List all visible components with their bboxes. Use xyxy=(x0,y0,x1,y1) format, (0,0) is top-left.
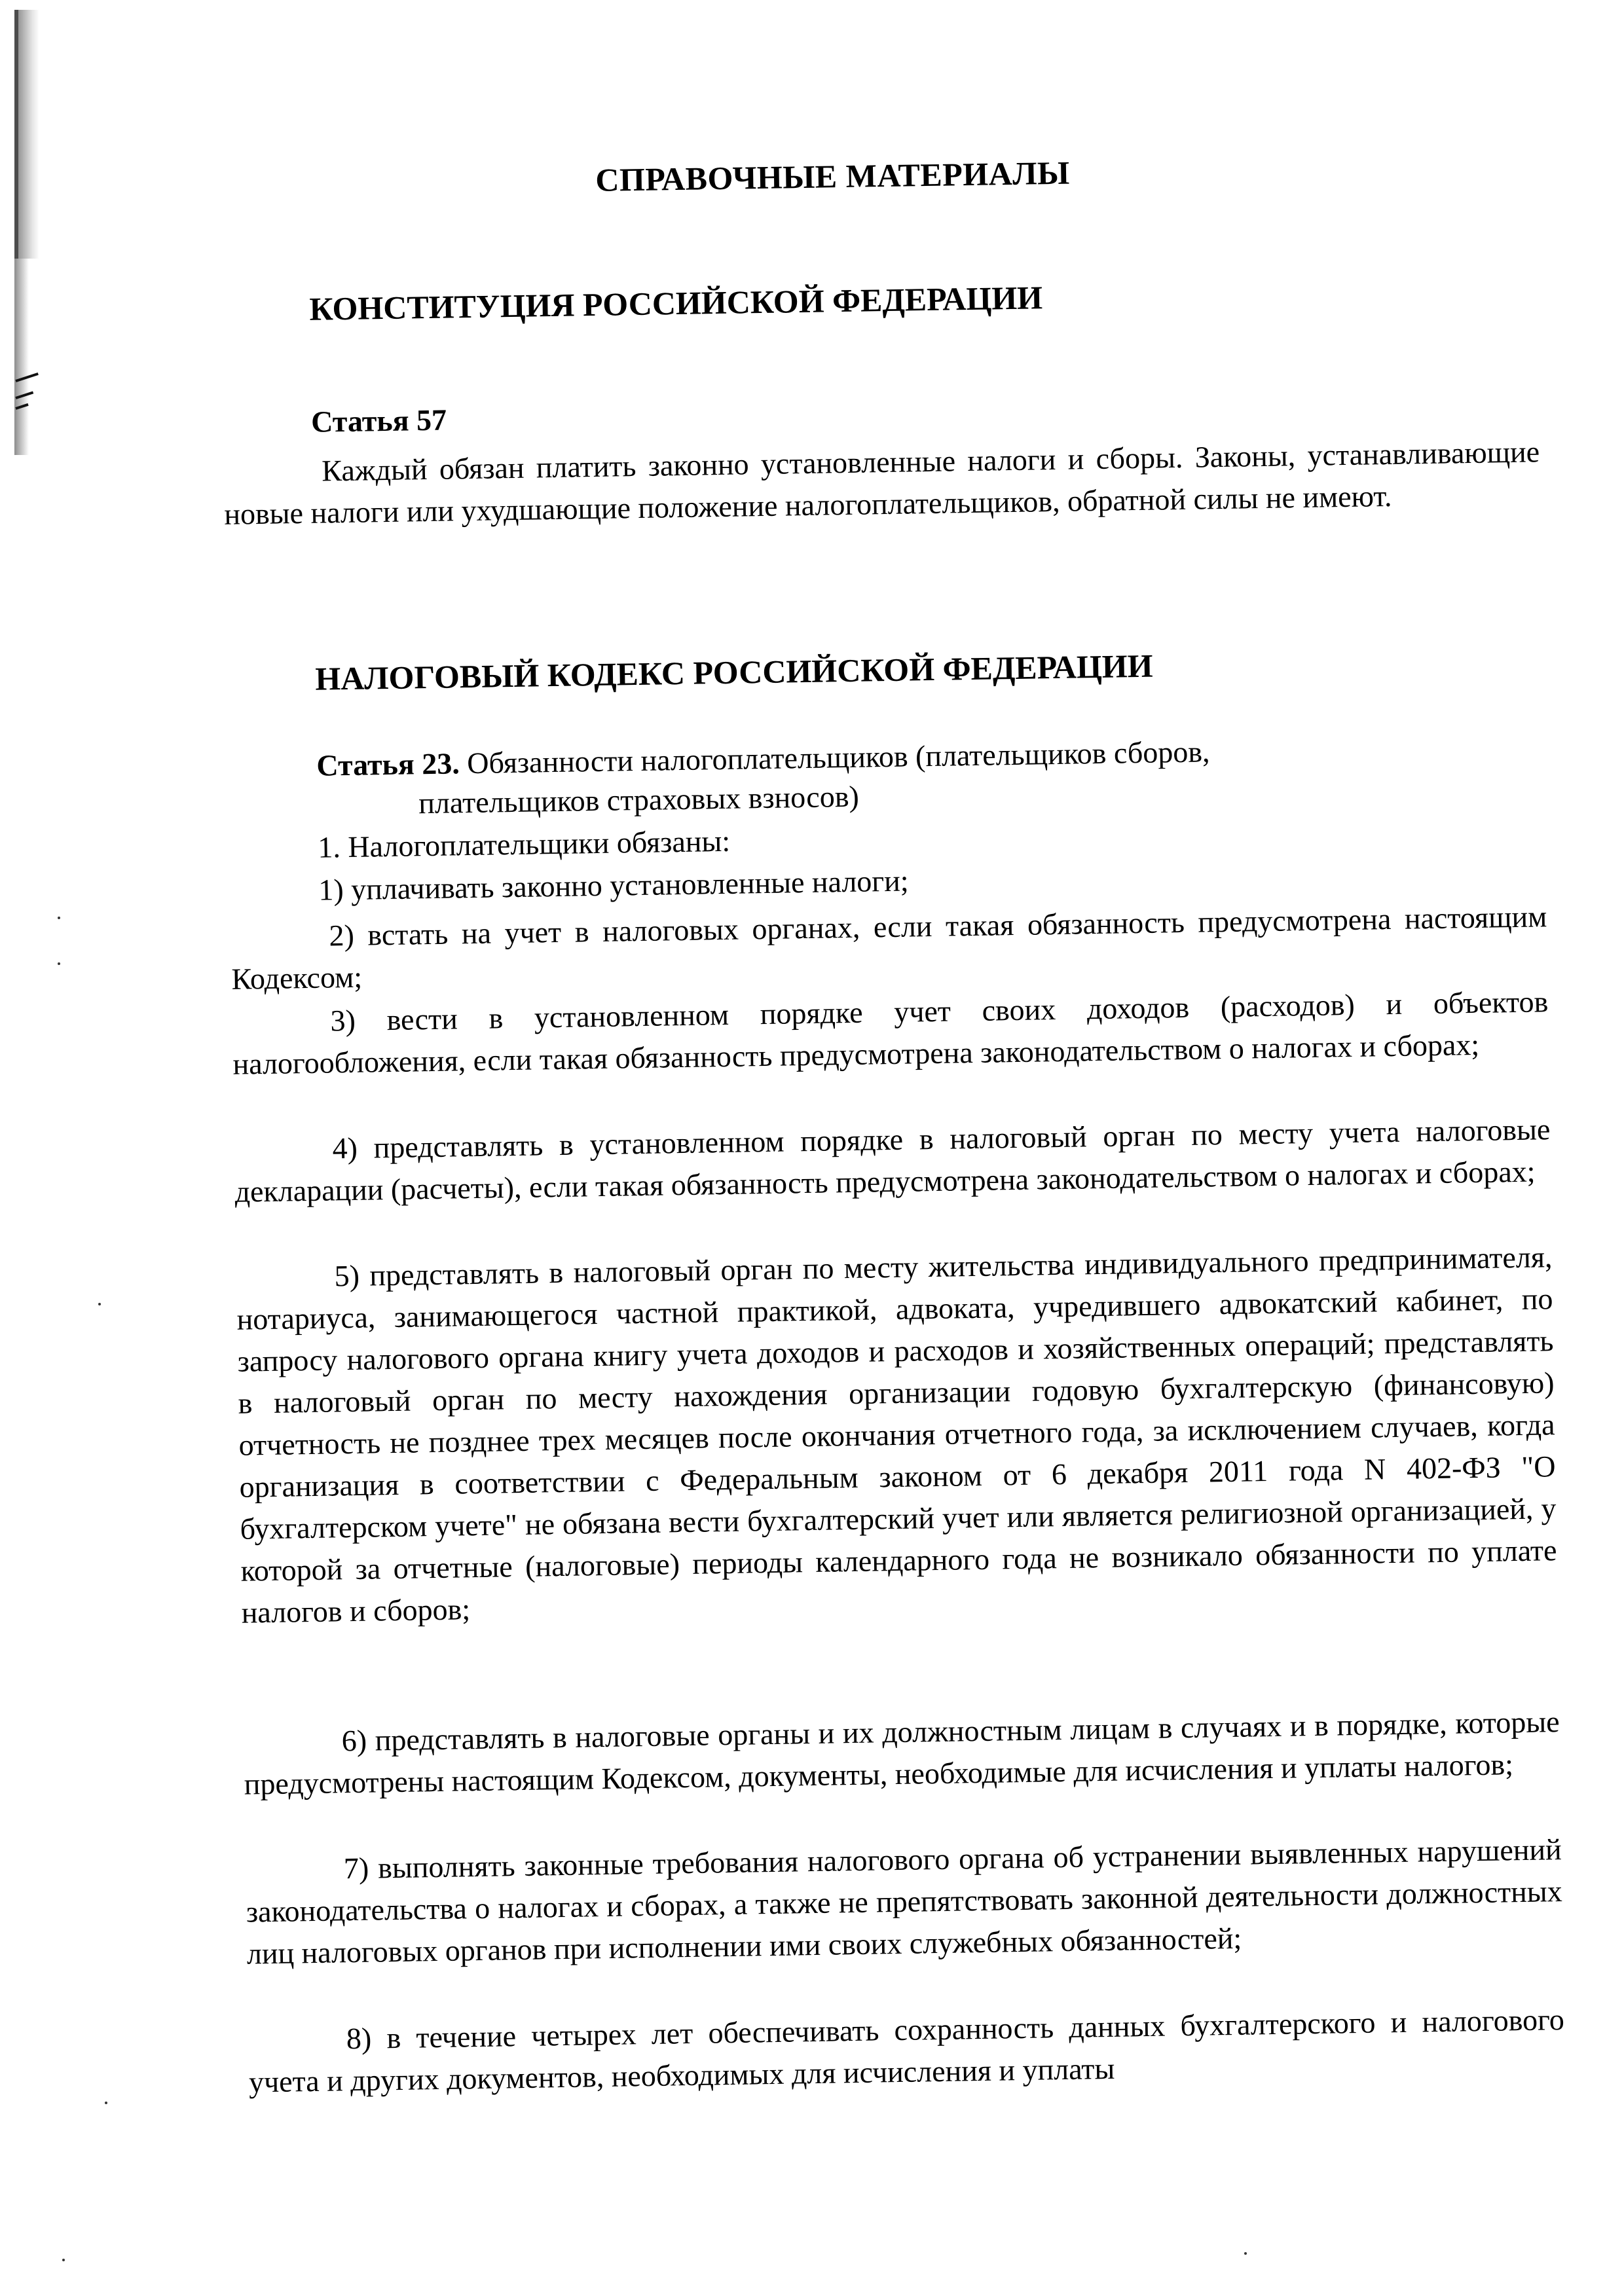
scan-speck xyxy=(58,962,60,965)
item-6: 6) представлять в налоговые органы и их … xyxy=(243,1701,1560,1806)
clause-1: 1. Налогоплательщики обязаны: xyxy=(318,824,731,865)
scan-shadow-edge-lower xyxy=(14,259,29,455)
scanned-page: СПРАВОЧНЫЕ МАТЕРИАЛЫ КОНСТИТУЦИЯ РОССИЙС… xyxy=(0,0,1624,2296)
article-23-title: Обязанности налогоплательщиков (плательщ… xyxy=(467,735,1210,780)
scan-speck xyxy=(98,1303,101,1305)
scan-speck xyxy=(58,917,60,919)
article-57-heading: Статья 57 xyxy=(311,403,447,439)
section-title-constitution: КОНСТИТУЦИЯ РОССИЙСКОЙ ФЕДЕРАЦИИ xyxy=(309,278,1043,328)
item-5: 5) представлять в налоговый орган по мес… xyxy=(236,1236,1558,1634)
article-23-label: Статья 23. xyxy=(316,746,460,782)
item-8: 8) в течение четырех лет обеспечивать со… xyxy=(248,1999,1565,2104)
scan-speck xyxy=(1244,2252,1247,2255)
scan-speck xyxy=(105,2102,107,2104)
article-23-title-cont: плательщиков страховых взносов) xyxy=(418,779,859,821)
article-57-text: Каждый обязан платить законно установлен… xyxy=(223,431,1541,536)
item-1: 1) уплачивать законно установленные нало… xyxy=(318,864,909,907)
scan-speck xyxy=(62,2259,65,2261)
article-23-heading: Статья 23. Обязанности налогоплательщико… xyxy=(316,725,1545,786)
item-4: 4) представлять в установленном порядке … xyxy=(234,1108,1551,1213)
scan-shadow-edge xyxy=(14,10,39,259)
document-title: СПРАВОЧНЫЕ МАТЕРИАЛЫ xyxy=(595,154,1070,199)
item-7: 7) выполнять законные требования налогов… xyxy=(245,1829,1563,1975)
section-title-tax-code: НАЛОГОВЫЙ КОДЕКС РОССИЙСКОЙ ФЕДЕРАЦИИ xyxy=(315,647,1153,698)
